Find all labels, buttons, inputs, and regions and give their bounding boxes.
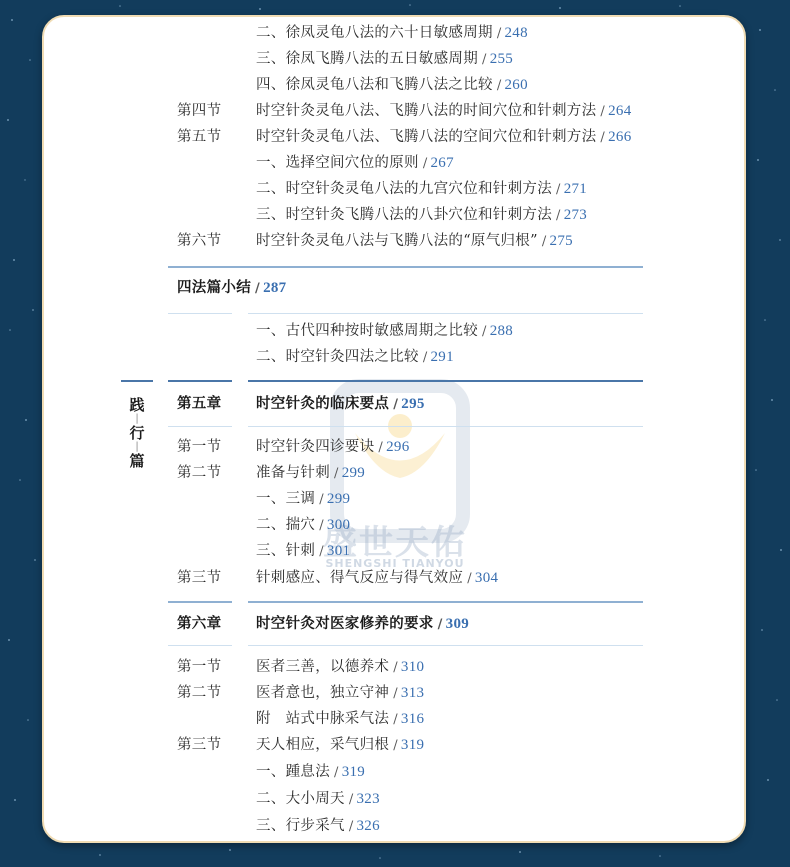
toc-row[interactable]: 第三节天人相应，采气归根/319 <box>0 734 790 756</box>
toc-row[interactable]: 二、时空针灸四法之比较/291 <box>0 346 790 368</box>
toc-row[interactable]: 三、针刺/301 <box>0 540 790 562</box>
divider <box>248 601 643 603</box>
section-number: 第三节 <box>177 567 221 589</box>
page-separator: / <box>482 324 487 339</box>
divider <box>248 313 643 314</box>
page-separator: / <box>556 182 561 197</box>
page-separator: / <box>319 492 324 507</box>
section-title: 医者意也，独立守神/313 <box>256 682 424 705</box>
page-separator: / <box>497 26 502 41</box>
page-number: 319 <box>401 737 424 753</box>
divider <box>168 380 232 382</box>
page-number: 267 <box>431 155 454 171</box>
divider <box>168 426 232 427</box>
section-title: 三、时空针灸飞腾八法的八卦穴位和针刺方法/273 <box>256 204 587 227</box>
section-title: 针刺感应、得气反应与得气效应/304 <box>256 567 498 590</box>
page-number: 255 <box>490 51 513 67</box>
toc-row[interactable]: 一、踵息法/319 <box>0 761 790 783</box>
toc-title-text: 三、徐凤飞腾八法的五日敏感周期 <box>256 51 478 67</box>
toc-summary-row[interactable]: 四法篇小结/287 <box>0 277 790 299</box>
section-title: 天人相应，采气归根/319 <box>256 734 424 757</box>
toc-title-text: 时空针灸四诊要诀 <box>256 439 374 455</box>
page-separator: / <box>600 104 605 119</box>
toc-row[interactable]: 第四节时空针灸灵龟八法、飞腾八法的时间穴位和针刺方法/264 <box>0 100 790 122</box>
section-number: 第六节 <box>177 230 221 252</box>
toc-title-text: 二、徐凤灵龟八法的六十日敏感周期 <box>256 25 493 41</box>
chapter-title: 时空针灸对医家修养的要求/309 <box>256 613 469 636</box>
toc-row[interactable]: 二、揣穴/300 <box>0 514 790 536</box>
toc-title-text: 医者三善，以德养术 <box>256 659 389 675</box>
toc-title-text: 二、时空针灸四法之比较 <box>256 349 419 365</box>
page-number: 295 <box>401 396 424 412</box>
section-title: 四、徐凤灵龟八法和飞腾八法之比较/260 <box>256 74 528 97</box>
page-number: 313 <box>401 685 424 701</box>
page-number: 275 <box>550 233 573 249</box>
page-number: 310 <box>401 659 424 675</box>
toc-title-text: 一、古代四种按时敏感周期之比较 <box>256 323 478 339</box>
page-separator: / <box>600 130 605 145</box>
section-title: 一、古代四种按时敏感周期之比较/288 <box>256 320 513 343</box>
page-separator: / <box>393 660 398 675</box>
section-number: 第三节 <box>177 734 221 756</box>
page-separator: / <box>438 617 443 632</box>
section-title: 一、选择空间穴位的原则/267 <box>256 152 454 175</box>
divider <box>248 426 643 427</box>
page-number: 304 <box>475 570 498 586</box>
section-title: 附 站式中脉采气法/316 <box>256 708 424 731</box>
section-title: 二、时空针灸灵龟八法的九宫穴位和针刺方法/271 <box>256 178 587 201</box>
toc-title-text: 二、时空针灸灵龟八法的九宫穴位和针刺方法 <box>256 181 552 197</box>
toc-chapter-row[interactable]: 第五章时空针灸的临床要点/295 <box>0 393 790 415</box>
toc-row[interactable]: 附 站式中脉采气法/316 <box>0 708 790 730</box>
page-separator: / <box>393 397 398 412</box>
page-separator: / <box>319 518 324 533</box>
section-title: 二、揣穴/300 <box>256 514 350 537</box>
section-number: 第四节 <box>177 100 221 122</box>
toc-row[interactable]: 二、时空针灸灵龟八法的九宫穴位和针刺方法/271 <box>0 178 790 200</box>
toc-title-text: 一、选择空间穴位的原则 <box>256 155 419 171</box>
toc-summary-title: 四法篇小结/287 <box>177 277 286 300</box>
toc-row[interactable]: 一、三调/299 <box>0 488 790 510</box>
divider <box>121 380 153 382</box>
section-title: 时空针灸灵龟八法与飞腾八法的“原气归根”/275 <box>256 230 573 253</box>
page-number: 326 <box>357 818 380 834</box>
toc-row[interactable]: 第一节医者三善，以德养术/310 <box>0 656 790 678</box>
toc-row[interactable]: 一、古代四种按时敏感周期之比较/288 <box>0 320 790 342</box>
page-number: 301 <box>327 543 350 559</box>
section-number: 第二节 <box>177 682 221 704</box>
toc-title-text: 三、时空针灸飞腾八法的八卦穴位和针刺方法 <box>256 207 552 223</box>
page-number: 316 <box>401 711 424 727</box>
page-number: 291 <box>431 349 454 365</box>
page-number: 264 <box>608 103 631 119</box>
section-title: 二、徐凤灵龟八法的六十日敏感周期/248 <box>256 22 528 45</box>
page-number: 299 <box>342 465 365 481</box>
toc-row[interactable]: 三、时空针灸飞腾八法的八卦穴位和针刺方法/273 <box>0 204 790 226</box>
section-title: 时空针灸灵龟八法、飞腾八法的时间穴位和针刺方法/264 <box>256 100 632 123</box>
page-separator: / <box>423 350 428 365</box>
toc-title-text: 时空针灸的临床要点 <box>256 395 389 412</box>
toc-title-text: 时空针灸灵龟八法、飞腾八法的时间穴位和针刺方法 <box>256 103 596 119</box>
divider <box>248 380 643 382</box>
toc-title-text: 时空针灸对医家修养的要求 <box>256 615 434 632</box>
section-title: 时空针灸四诊要诀/296 <box>256 436 410 459</box>
page-separator: / <box>349 792 354 807</box>
toc-title-text: 二、揣穴 <box>256 517 315 533</box>
toc-title-text: 针刺感应、得气反应与得气效应 <box>256 570 463 586</box>
page-separator: / <box>423 156 428 171</box>
chapter-number: 第六章 <box>177 613 221 635</box>
toc-row[interactable]: 第一节时空针灸四诊要诀/296 <box>0 436 790 458</box>
toc-title-text: 一、三调 <box>256 491 315 507</box>
toc-title-text: 三、行步采气 <box>256 818 345 834</box>
toc-row[interactable]: 四、徐凤灵龟八法和飞腾八法之比较/260 <box>0 74 790 96</box>
section-title: 时空针灸灵龟八法、飞腾八法的空间穴位和针刺方法/266 <box>256 126 632 149</box>
chapter-title: 时空针灸的临床要点/295 <box>256 393 425 416</box>
page-separator: / <box>319 544 324 559</box>
section-title: 三、行步采气/326 <box>256 815 380 838</box>
page-number: 287 <box>263 280 286 296</box>
page-number: 323 <box>357 791 380 807</box>
page-number: 309 <box>446 616 469 632</box>
divider <box>168 313 232 314</box>
section-title: 医者三善，以德养术/310 <box>256 656 424 679</box>
section-title: 一、踵息法/319 <box>256 761 365 784</box>
section-number: 第一节 <box>177 436 221 458</box>
toc-title-text: 医者意也，独立守神 <box>256 685 389 701</box>
toc-row[interactable]: 第六节时空针灸灵龟八法与飞腾八法的“原气归根”/275 <box>0 230 790 252</box>
toc-title-text: 附 站式中脉采气法 <box>256 711 389 727</box>
toc-title-text: 准备与针刺 <box>256 465 330 481</box>
page-separator: / <box>349 819 354 834</box>
page-separator: / <box>482 52 487 67</box>
page-number: 260 <box>505 77 528 93</box>
divider <box>248 645 643 646</box>
part-label-divider: | <box>125 414 149 424</box>
section-number: 第二节 <box>177 462 221 484</box>
section-title: 二、大小周天/323 <box>256 788 380 811</box>
chapter-number: 第五章 <box>177 393 221 415</box>
page-separator: / <box>393 686 398 701</box>
toc-title-text: 四、徐凤灵龟八法和飞腾八法之比较 <box>256 77 493 93</box>
toc-title-text: 一、踵息法 <box>256 764 330 780</box>
page-separator: / <box>542 234 547 249</box>
page-separator: / <box>497 78 502 93</box>
toc-row[interactable]: 三、行步采气/326 <box>0 815 790 837</box>
page-separator: / <box>255 281 260 296</box>
toc-title-text: 天人相应，采气归根 <box>256 737 389 753</box>
toc-title-text: 三、针刺 <box>256 543 315 559</box>
divider <box>168 645 232 646</box>
toc-row[interactable]: 二、徐凤灵龟八法的六十日敏感周期/248 <box>0 22 790 44</box>
section-title: 一、三调/299 <box>256 488 350 511</box>
page-number: 288 <box>490 323 513 339</box>
toc-row[interactable]: 第二节准备与针刺/299 <box>0 462 790 484</box>
toc-row[interactable]: 第二节医者意也，独立守神/313 <box>0 682 790 704</box>
page-separator: / <box>393 712 398 727</box>
page-separator: / <box>393 738 398 753</box>
page-separator: / <box>467 571 472 586</box>
section-title: 二、时空针灸四法之比较/291 <box>256 346 454 369</box>
toc-title-text: 时空针灸灵龟八法与飞腾八法的“原气归根” <box>256 233 538 249</box>
page-separator: / <box>334 765 339 780</box>
section-number: 第一节 <box>177 656 221 678</box>
toc-row[interactable]: 第五节时空针灸灵龟八法、飞腾八法的空间穴位和针刺方法/266 <box>0 126 790 148</box>
section-title: 三、徐凤飞腾八法的五日敏感周期/255 <box>256 48 513 71</box>
page-number: 319 <box>342 764 365 780</box>
page-separator: / <box>556 208 561 223</box>
divider <box>168 266 643 268</box>
divider <box>168 601 232 603</box>
section-title: 三、针刺/301 <box>256 540 350 563</box>
page-separator: / <box>378 440 383 455</box>
toc-row[interactable]: 一、选择空间穴位的原则/267 <box>0 152 790 174</box>
toc-title-text: 时空针灸灵龟八法、飞腾八法的空间穴位和针刺方法 <box>256 129 596 145</box>
section-number: 第五节 <box>177 126 221 148</box>
toc-row[interactable]: 三、徐凤飞腾八法的五日敏感周期/255 <box>0 48 790 70</box>
toc-row[interactable]: 二、大小周天/323 <box>0 788 790 810</box>
page-number: 266 <box>608 129 631 145</box>
toc-chapter-row[interactable]: 第六章时空针灸对医家修养的要求/309 <box>0 613 790 635</box>
section-title: 准备与针刺/299 <box>256 462 365 485</box>
toc-row[interactable]: 第三节针刺感应、得气反应与得气效应/304 <box>0 567 790 589</box>
toc-summary-label: 四法篇小结 <box>177 279 251 296</box>
page-number: 300 <box>327 517 350 533</box>
toc-title-text: 二、大小周天 <box>256 791 345 807</box>
page-number: 248 <box>505 25 528 41</box>
page-number: 296 <box>386 439 409 455</box>
page-number: 299 <box>327 491 350 507</box>
page-separator: / <box>334 466 339 481</box>
page-number: 273 <box>564 207 587 223</box>
page-number: 271 <box>564 181 587 197</box>
